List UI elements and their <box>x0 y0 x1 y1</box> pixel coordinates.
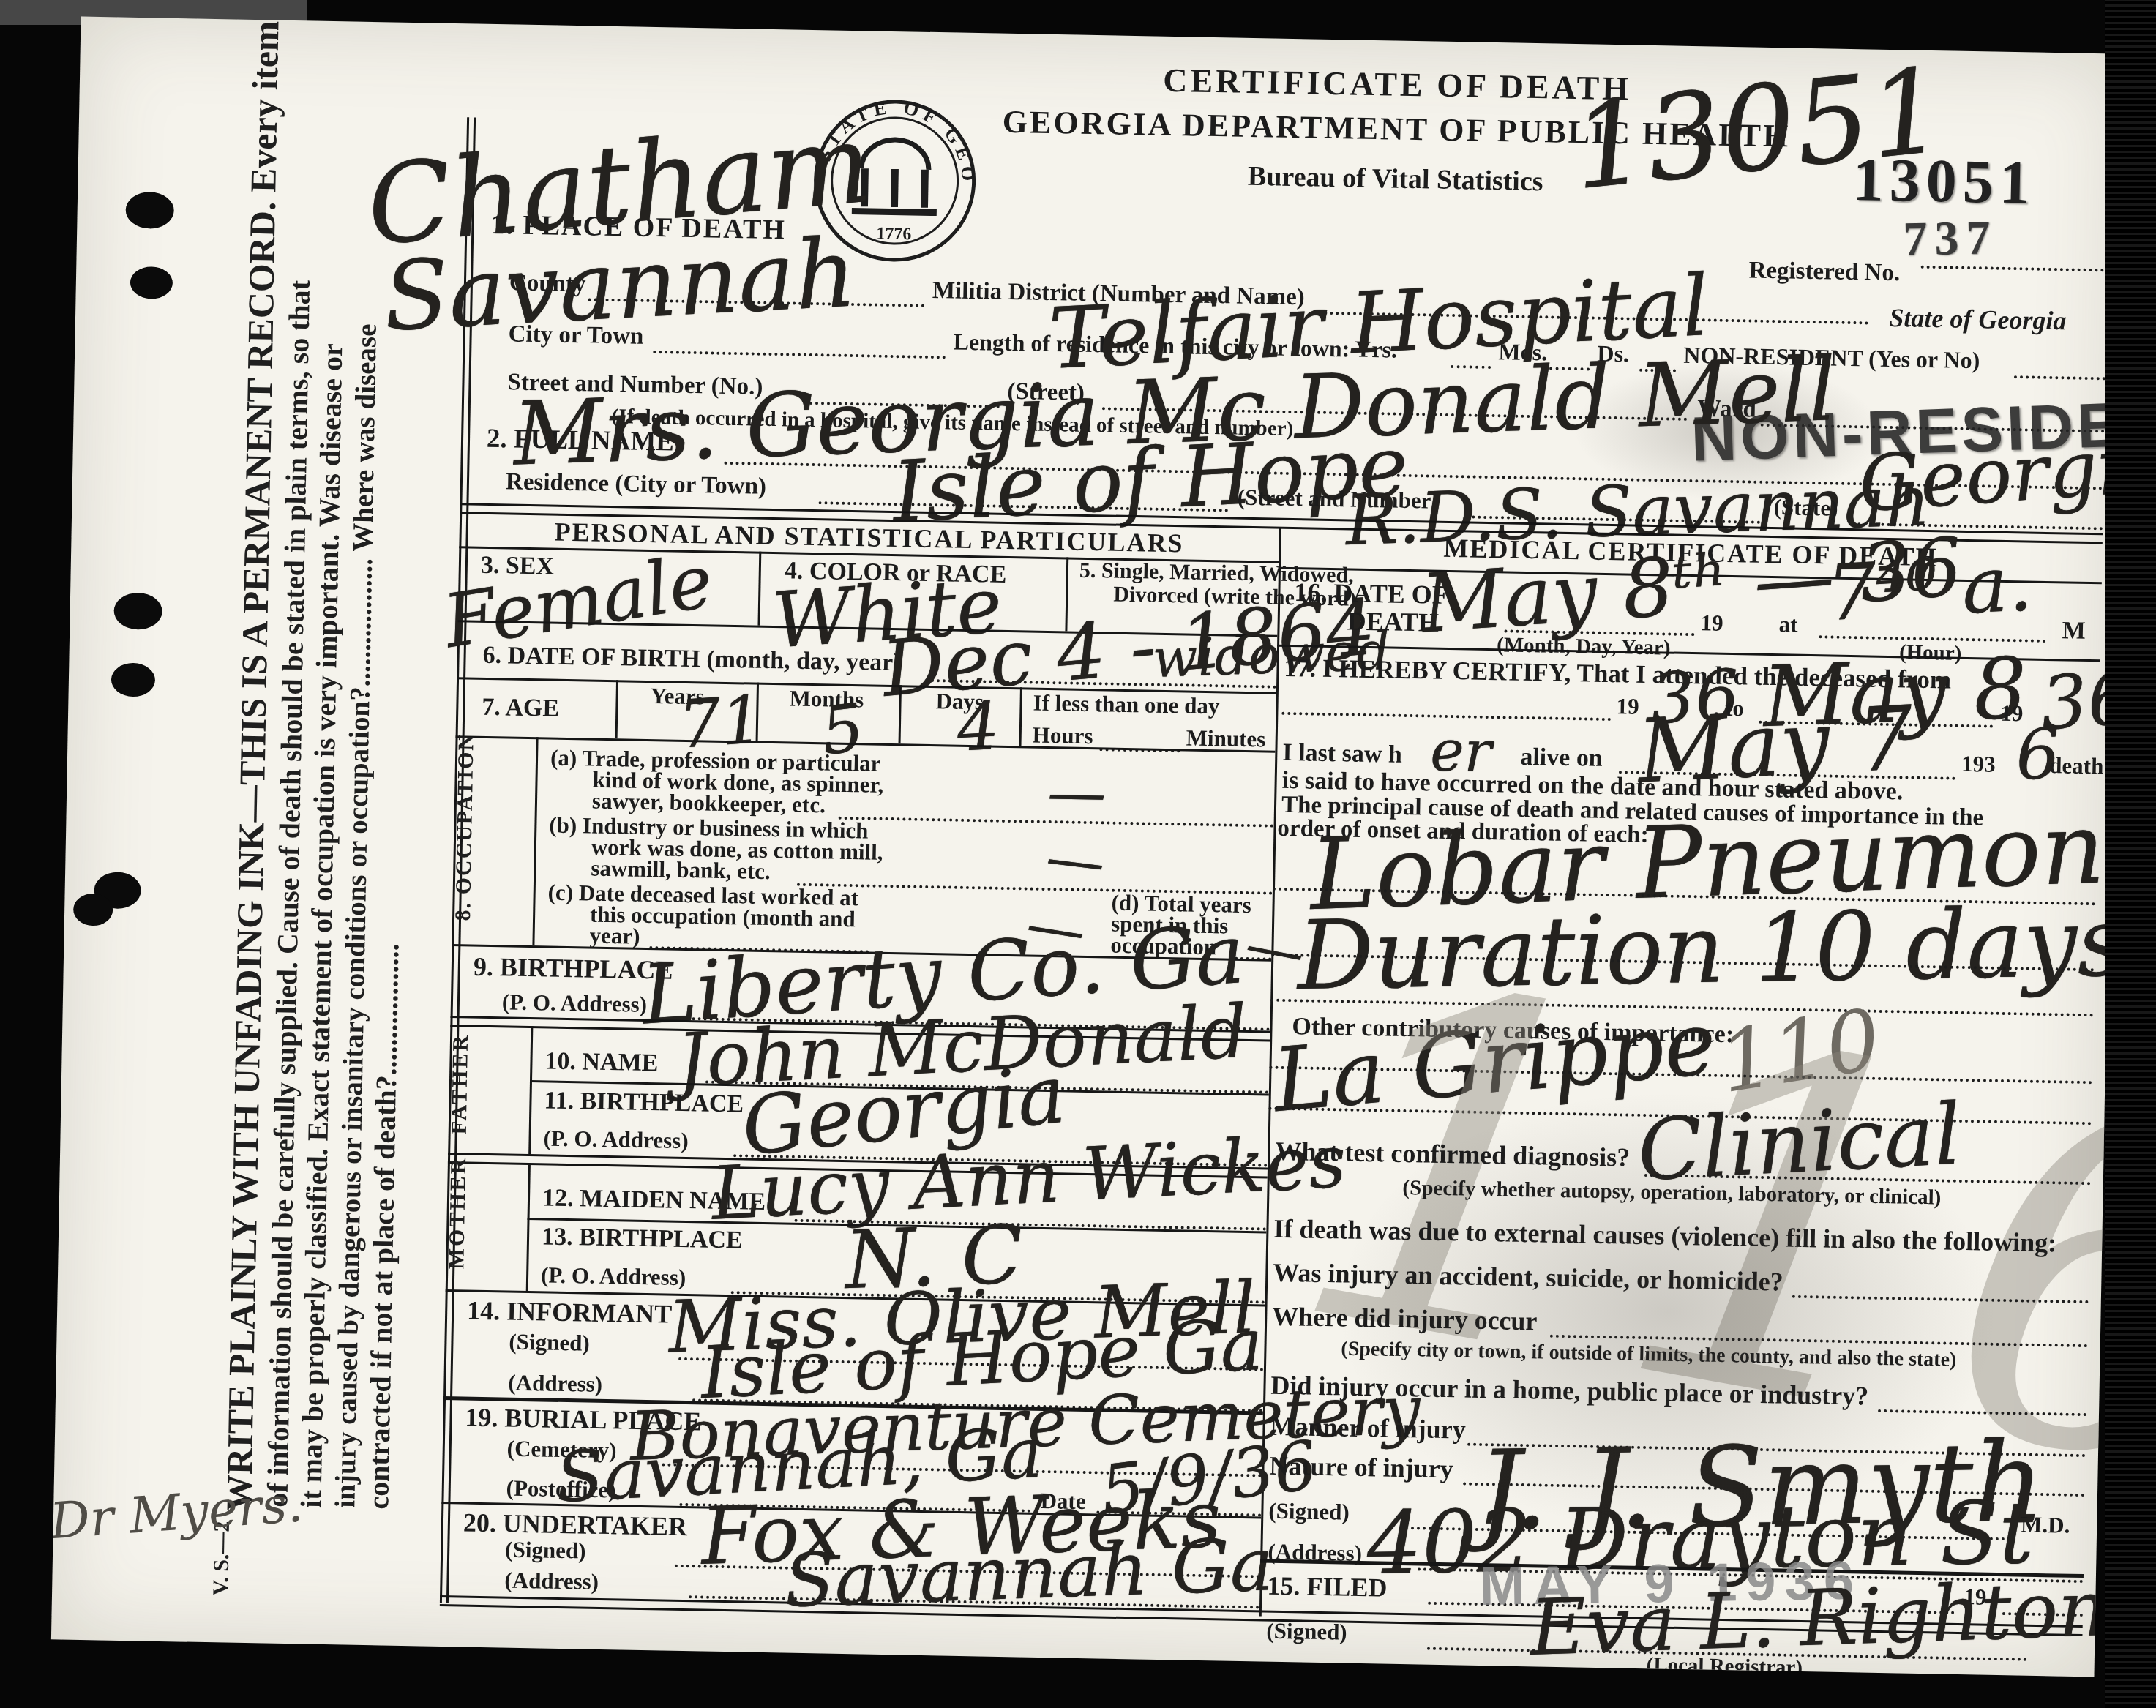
undertaker-address-label: (Address) <box>504 1569 599 1595</box>
local-registrar-label: (Local Registrar) <box>1646 1654 1803 1677</box>
meridiem-label: M <box>2062 618 2086 644</box>
mother-section-label: MOTHER <box>446 1155 470 1269</box>
punch-hole <box>73 894 113 926</box>
margin-instruction-line5: contracted if not at place of death?....… <box>364 943 403 1510</box>
residence-label: Residence (City or Town) <box>506 469 767 499</box>
physician-signed-label: (Signed) <box>1268 1499 1350 1525</box>
certificate-number-stamp: 13051 <box>1852 148 2037 216</box>
occupation-section-label: 8. OCCUPATION <box>452 733 478 921</box>
informant-signed-label: (Signed) <box>509 1330 590 1356</box>
informant-label: 14. INFORMANT <box>467 1297 673 1329</box>
last-saw-label-1: I last saw h <box>1282 740 1402 768</box>
certificate-paper: WRITE PLAINLY WITH UNFADING INK—THIS IS … <box>51 17 2124 1677</box>
undertaker-signed-label: (Signed) <box>505 1538 586 1564</box>
occupation-label-divider <box>532 737 538 945</box>
dob-label: 6. DATE OF BIRTH (month, day, year) <box>482 643 902 676</box>
age-days-value: 4 <box>956 697 1000 758</box>
punch-hole <box>130 266 173 299</box>
registrar-signature: Eva L. Righton <box>1529 1574 2108 1663</box>
occupation-b-line3: sawmill, bank, etc. <box>591 857 771 884</box>
registered-number-stamp: 737 <box>1903 212 1998 264</box>
month-day-year-label: (Month, Day, Year) <box>1497 634 1671 659</box>
age-col-divider-1 <box>615 680 618 738</box>
father-name-label: 10. NAME <box>544 1048 659 1076</box>
nonresident-line <box>2014 374 2106 380</box>
minutes-label: Minutes <box>1186 726 1265 752</box>
at-label: at <box>1778 613 1797 637</box>
age-col-divider-4 <box>1019 687 1022 746</box>
less-than-day-label: If less than one day <box>1033 692 1219 719</box>
mother-po-label: (P. O. Address) <box>541 1263 686 1289</box>
hours-label: Hours <box>1032 724 1093 749</box>
age-col-divider-3 <box>899 685 902 743</box>
informant-address-label: (Address) <box>508 1371 602 1397</box>
father-po-label: (P. O. Address) <box>543 1126 689 1153</box>
registered-number-line <box>1921 264 2104 272</box>
city-value: Savannah <box>381 231 858 340</box>
mother-label-divider <box>526 1163 531 1291</box>
scanned-document: WRITE PLAINLY WITH UNFADING INK—THIS IS … <box>0 0 2156 1708</box>
last-saw-label-2: alive on <box>1520 744 1603 772</box>
last-saw-193-printed: 193 <box>1961 752 1996 776</box>
age-years-value: 71 <box>677 690 765 755</box>
sex-color-divider <box>757 552 761 626</box>
undertaker-address-value: Savannah Ga <box>783 1532 1274 1614</box>
occupation-a-value: — <box>1047 766 1107 820</box>
pencil-margin-note: Dr Myers. <box>51 1482 304 1544</box>
occupation-c-line3: year) <box>589 924 640 949</box>
punch-hole <box>125 192 174 229</box>
mother-birthplace-label: 13. BIRTHPLACE <box>542 1224 743 1254</box>
punch-hole <box>113 593 162 630</box>
punch-hole <box>111 663 156 697</box>
residence-state-label: (State) <box>1773 495 1838 520</box>
father-label-divider <box>528 1026 533 1154</box>
father-birthplace-label: 11. BIRTHPLACE <box>544 1087 744 1117</box>
undertaker-label: 20. UNDERTAKER <box>463 1510 688 1541</box>
residence-state-value: Georgia <box>1857 430 2124 520</box>
filed-label: 15. FILED <box>1267 1573 1388 1603</box>
registered-number-label: Registered No. <box>1748 258 1900 285</box>
father-section-label: FATHER <box>449 1033 473 1135</box>
city-line <box>653 349 946 359</box>
death-word: death <box>2049 754 2104 779</box>
age-label: 7. AGE <box>482 694 559 722</box>
birthplace-po-label: (P. O. Address) <box>502 990 648 1016</box>
state-of-georgia-label: State of Georgia <box>1889 304 2067 335</box>
occupation-b-value: — <box>1044 831 1108 890</box>
seal-year: 1776 <box>876 225 911 244</box>
hour-value: 7⁴⁰ a. <box>1825 549 2034 629</box>
registrar-signed-label: (Signed) <box>1266 1619 1347 1645</box>
